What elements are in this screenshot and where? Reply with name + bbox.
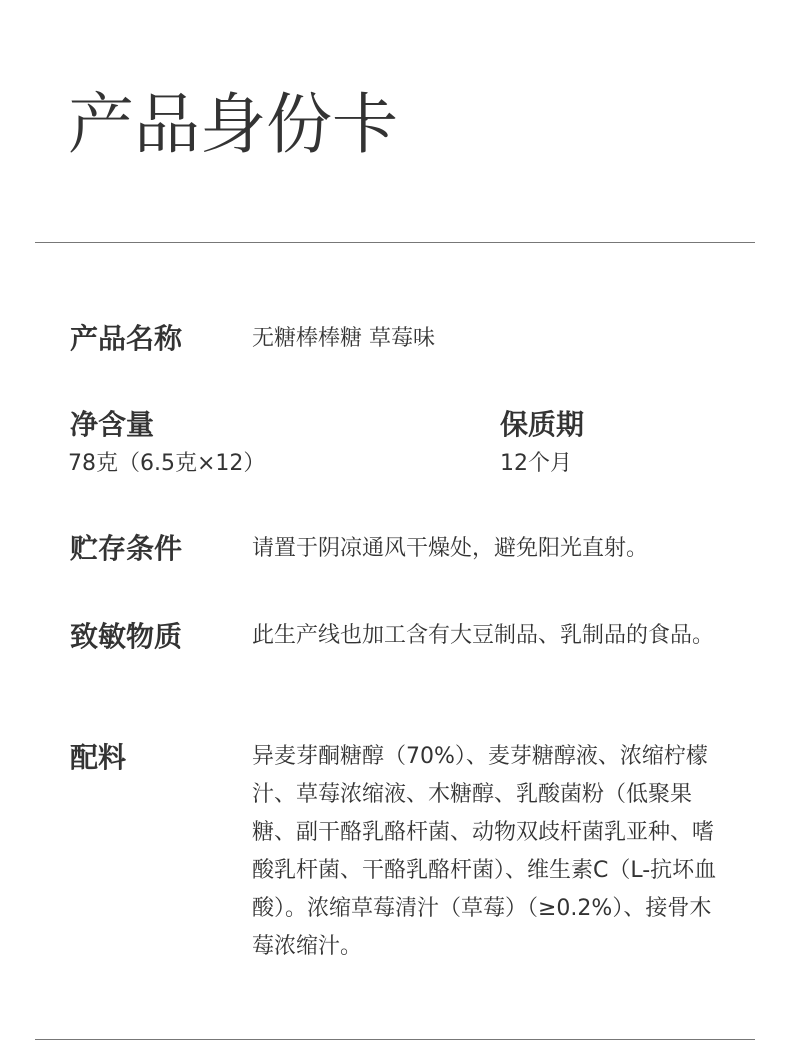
allergens-value: 此生产线也加工含有大豆制品、乳制品的食品。 bbox=[252, 617, 727, 655]
ingredients-value: 异麦芽酮糖醇（70%）、麦芽糖醇液、浓缩柠檬汁、草莓浓缩液、木糖醇、乳酸菌粉（低… bbox=[252, 738, 727, 966]
top-divider bbox=[35, 242, 755, 243]
storage-value: 请置于阴凉通风干燥处，避免阳光直射。 bbox=[252, 530, 727, 568]
net-content-value: 78克（6.5克×12） bbox=[68, 451, 265, 477]
shelf-life-value: 12个月 bbox=[500, 451, 572, 477]
product-name-label: 产品名称 bbox=[70, 322, 182, 356]
storage-label: 贮存条件 bbox=[70, 532, 182, 566]
ingredients-label: 配料 bbox=[70, 741, 126, 775]
allergens-label: 致敏物质 bbox=[70, 620, 182, 654]
page-title: 产品身份卡 bbox=[68, 92, 398, 158]
shelf-life-label: 保质期 bbox=[500, 408, 584, 442]
net-content-label: 净含量 bbox=[70, 408, 154, 442]
product-name-value: 无糖棒棒糖 草莓味 bbox=[252, 320, 727, 358]
bottom-divider bbox=[35, 1039, 755, 1040]
